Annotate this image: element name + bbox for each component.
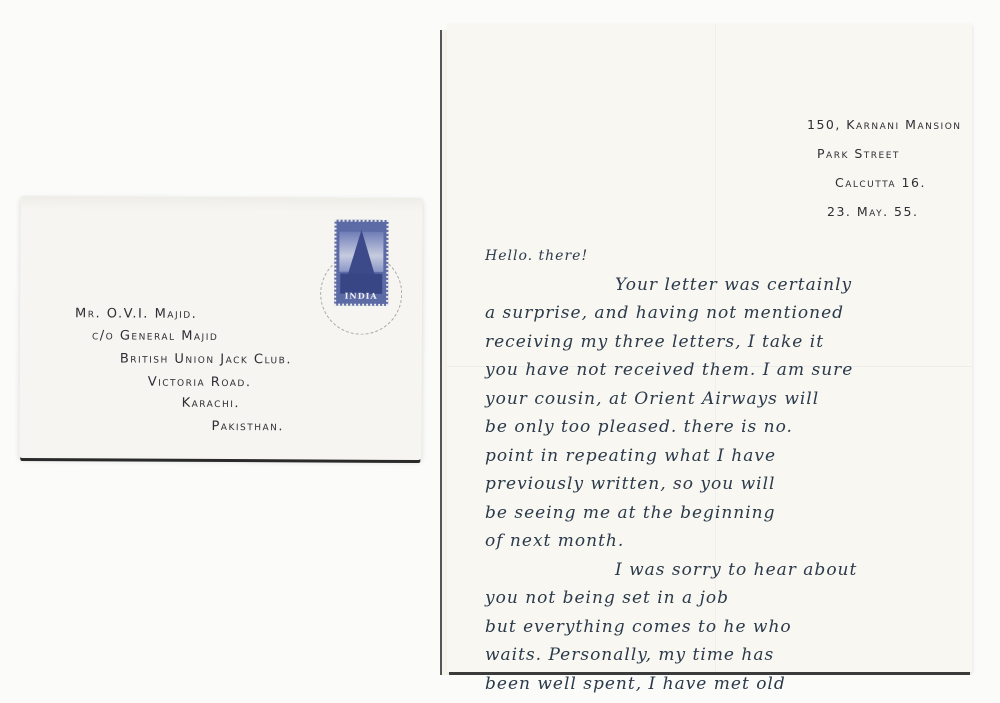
body-line: you not being set in a job <box>485 584 955 613</box>
address-line-3: British Union Jack Club. <box>120 351 292 367</box>
letter-body: Hello. there! Your letter was certainly … <box>485 242 955 698</box>
body-line: I was sorry to hear about <box>485 556 955 585</box>
body-line: of next month. <box>485 527 955 556</box>
sender-line-2: Park Street <box>807 139 962 168</box>
body-line: you have not received them. I am sure <box>485 356 955 385</box>
sender-line-1: 150, Karnani Mansion <box>807 110 962 139</box>
sender-line-3: Calcutta 16. <box>807 168 962 197</box>
body-line: your cousin, at Orient Airways will <box>485 385 955 414</box>
body-line: Your letter was certainly <box>485 271 955 300</box>
body-line: point in repeating what I have <box>485 442 955 471</box>
body-line: waits. Personally, my time has <box>485 641 955 670</box>
postage-stamp: INDIA <box>334 220 388 306</box>
address-line-5: Karachi. <box>182 396 240 411</box>
body-line: previously written, so you will <box>485 470 955 499</box>
sender-address: 150, Karnani Mansion Park Street Calcutt… <box>807 110 962 226</box>
body-line: but everything comes to he who <box>485 613 955 642</box>
greeting: Hello. there! <box>485 242 955 271</box>
address-line-6: Pakisthan. <box>211 419 284 434</box>
stamp-country: INDIA <box>336 291 386 301</box>
address-line-4: Victoria Road. <box>148 375 252 391</box>
body-line: a surprise, and having not mentioned <box>485 299 955 328</box>
address-line-2: c/o General Majid <box>92 328 218 344</box>
address-line-1: Mr. O.V.I. Majid. <box>75 306 197 322</box>
body-line: be seeing me at the beginning <box>485 499 955 528</box>
letter-date: 23. May. 55. <box>807 197 962 226</box>
envelope: INDIA Mr. O.V.I. Majid. c/o General Maji… <box>19 196 422 460</box>
body-line: receiving my three letters, I take it <box>485 328 955 357</box>
body-line: been well spent, I have met old <box>485 670 955 699</box>
letter-page: 150, Karnani Mansion Park Street Calcutt… <box>447 24 972 672</box>
body-line: be only too pleased. there is no. <box>485 413 955 442</box>
